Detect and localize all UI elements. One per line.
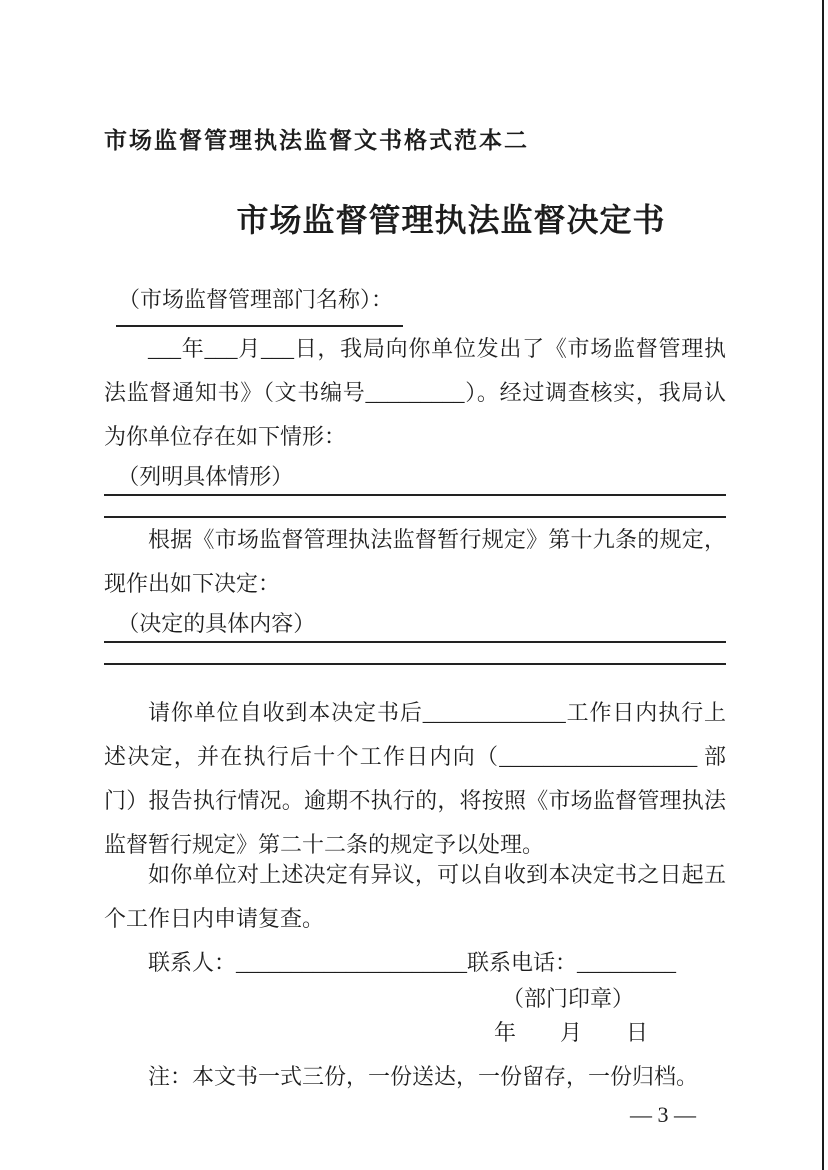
para-review: 如你单位对上述决定有异议，可以自收到本决定书之日起五个工作日内申请复查。 xyxy=(104,853,726,941)
doc-title: 市场监督管理执法监督决定书 xyxy=(140,200,762,240)
decision-fill-label: （决定的具体内容） xyxy=(117,611,315,636)
para-notice: ___年___月___日，我局向你单位发出了《市场监督管理执法监督通知书》（文书… xyxy=(104,327,726,459)
page-number: — 3 — xyxy=(104,1093,726,1137)
blank-fill-row-1 xyxy=(104,496,726,518)
contact-blank: _____________________ xyxy=(236,950,467,975)
blank-fill-row-2 xyxy=(104,643,726,665)
para-execution: 请你单位自收到本决定书后_____________工作日内执行上述决定，并在执行… xyxy=(104,691,726,867)
addressee-line: （市场监督管理部门名称）： xyxy=(104,278,726,327)
document-content: 市场监督管理执法监督文书格式范本二 市场监督管理执法监督决定书 （市场监督管理部… xyxy=(104,0,726,1137)
contact-label: 联系人： xyxy=(148,950,236,975)
fill-line-situation: （列明具体情形） xyxy=(104,459,726,496)
date-line: 年 月 日 xyxy=(104,1011,726,1055)
scan-right-edge-line xyxy=(822,0,824,1170)
fill-line-decision: （决定的具体内容） xyxy=(104,606,726,643)
para-decision-basis: 根据《市场监督管理执法监督暂行规定》第十九条的规定，现作出如下决定： xyxy=(104,518,726,606)
document-body: （市场监督管理部门名称）： ___年___月___日，我局向你单位发出了《市场监… xyxy=(104,278,726,1137)
phone-blank: _________ xyxy=(577,950,676,975)
situation-fill-label: （列明具体情形） xyxy=(117,464,293,489)
document-page: 市场监督管理执法监督文书格式范本二 市场监督管理执法监督决定书 （市场监督管理部… xyxy=(0,0,828,1170)
addressee-underlined-text: （市场监督管理部门名称）： xyxy=(116,278,403,327)
phone-label: 联系电话： xyxy=(467,950,577,975)
doc-format-label: 市场监督管理执法监督文书格式范本二 xyxy=(104,126,726,156)
